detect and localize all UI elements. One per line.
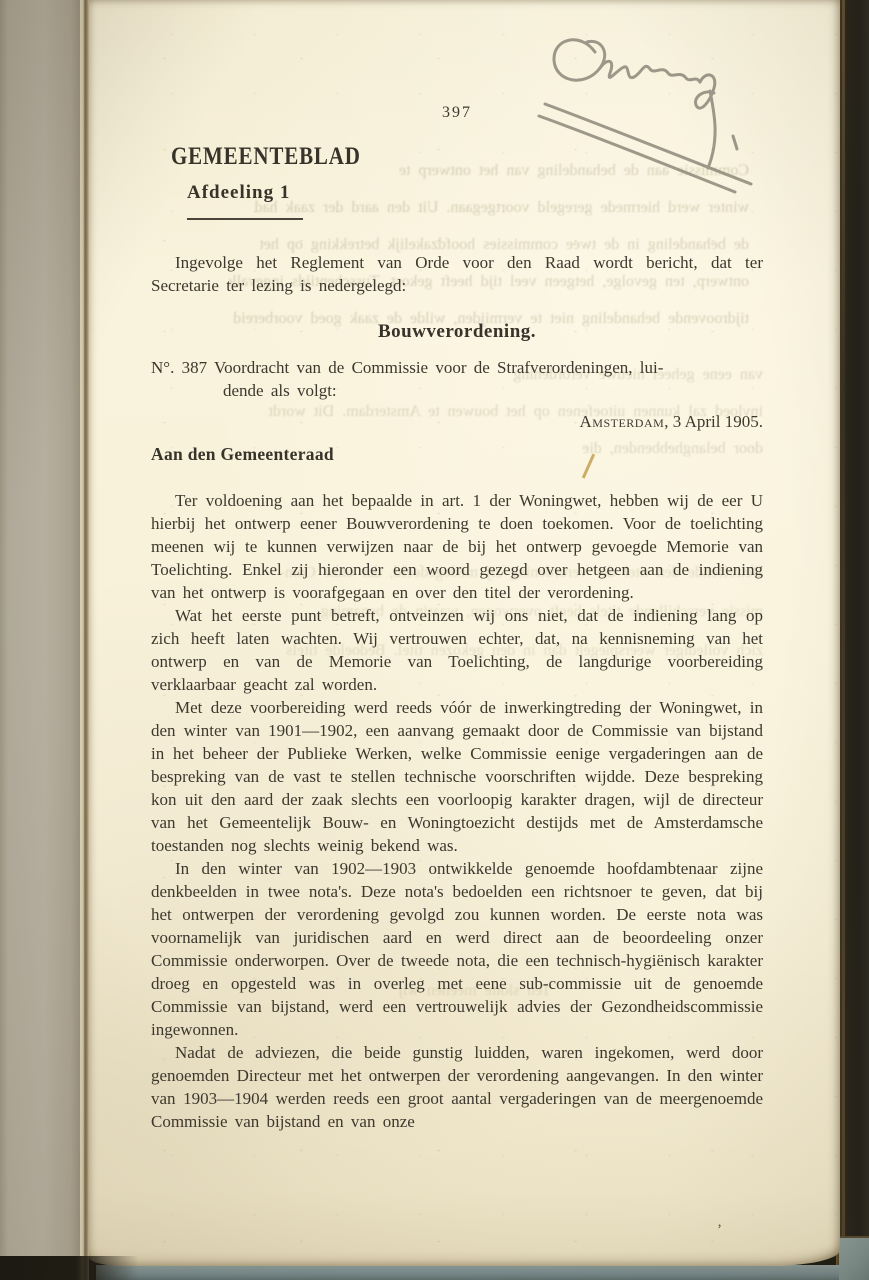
body-paragraph: Ter voldoening aan het bepaalde in art. … <box>151 489 763 604</box>
document-title: Bouwverordening. <box>151 321 763 343</box>
body-paragraph: Wat het eerste punt betreft, ontveinzen … <box>151 604 763 696</box>
page-gutter-shadow <box>80 0 89 1280</box>
body-paragraph: Nadat de adviezen, die beide gunstig lui… <box>151 1041 763 1133</box>
body-text: Ter voldoening aan het bepaalde in art. … <box>151 489 763 1133</box>
dateline-date: , 3 April 1905. <box>664 412 763 431</box>
notice-paragraph: Ingevolge het Reglement van Orde voor de… <box>151 251 763 297</box>
book-scan: Commissie aan de behandeling van het ont… <box>0 0 869 1280</box>
document-page: Commissie aan de behandeling van het ont… <box>89 0 840 1266</box>
dateline-place: Amsterdam <box>580 412 665 431</box>
body-paragraph: In den winter van 1902—1903 ontwikkelde … <box>151 857 763 1041</box>
masthead-rule <box>187 218 303 220</box>
body-paragraph: Met deze voorbereiding werd reeds vóór d… <box>151 696 763 857</box>
masthead-subtitle: Afdeeling 1 <box>187 182 290 204</box>
handwritten-annotation <box>537 20 787 200</box>
previous-page-edge <box>0 0 80 1280</box>
proposal-line-1: N°. 387 Voordracht van de Commissie voor… <box>151 356 763 379</box>
salutation-heading: Aan den Gemeenteraad <box>151 444 334 465</box>
cover-wear-streak <box>842 0 845 1280</box>
dateline: Amsterdam, 3 April 1905. <box>151 412 763 432</box>
stray-comma-mark: ’ <box>717 1222 722 1239</box>
table-surface-corner <box>839 1236 869 1280</box>
masthead-title: GEMEENTEBLAD <box>171 143 361 171</box>
table-surface <box>96 1265 869 1280</box>
proposal-line-2: dende als volgt: <box>223 379 763 402</box>
book-cover-edge <box>836 0 869 1280</box>
proposal-heading: N°. 387 Voordracht van de Commissie voor… <box>151 356 763 402</box>
shadow-bottom-left <box>0 1256 138 1280</box>
